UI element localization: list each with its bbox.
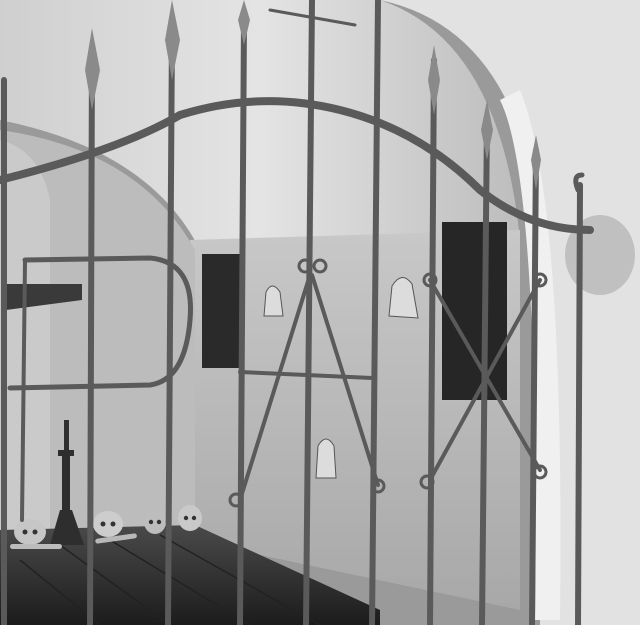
- photo-scene: [0, 0, 640, 625]
- painting-right: [442, 222, 507, 400]
- painting-left: [202, 254, 240, 368]
- ossuary-gate-illustration: [0, 0, 640, 625]
- wall-skull-3: [316, 439, 336, 478]
